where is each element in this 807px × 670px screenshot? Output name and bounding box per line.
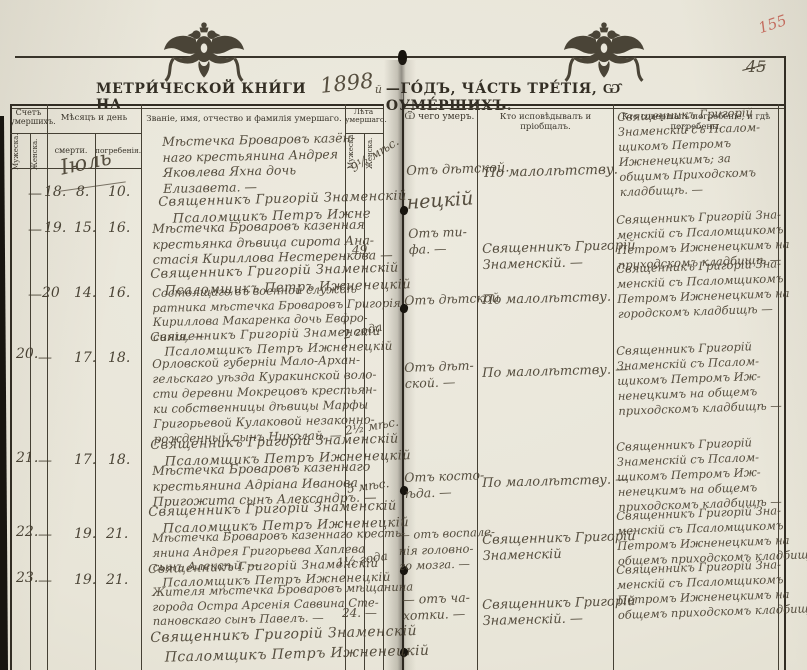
entry-burial-day: 10. <box>108 184 130 200</box>
entry-cause: Отъ косто-ѣда. — <box>404 467 485 501</box>
header-cause: Ѿ чего умеръ. <box>403 112 476 122</box>
entry-dash: — <box>28 287 42 303</box>
entry-confessor: Священникъ ГригорійЗнаменскій. — <box>482 238 636 273</box>
table-top-border-left <box>10 104 383 106</box>
header-count-group: Счетъумершихъ. <box>10 109 47 127</box>
header-count-male: Мужеска. <box>13 136 21 170</box>
entry-count: 22. <box>16 524 38 540</box>
entry-count: 23. <box>16 570 38 586</box>
entry-dash: — <box>28 186 42 202</box>
entry-death-day: 19. <box>74 572 96 588</box>
entry-death-day: 14. <box>74 285 96 301</box>
entry-burial-day: 18. <box>108 350 130 366</box>
entry-count: 19. <box>44 220 66 236</box>
entry-confessor: По малолѣтству. — <box>482 472 628 491</box>
entry-burial-day: 21. <box>106 526 128 542</box>
table-top-border-left-inner <box>10 108 383 109</box>
entry-death-day: 17. <box>74 452 96 468</box>
entry-burial: Священникъ ГригорійЗнаменскій съ Псалом-… <box>617 105 762 200</box>
entry-cause: Отъ дѣт-ской. — <box>404 358 474 391</box>
col-line-male-female <box>30 133 31 670</box>
entry-cause: — отъ ча-хотки. — <box>402 590 471 623</box>
header-age-group: Лѣтаумершаго. <box>345 108 382 125</box>
entry-dash: — <box>38 350 52 366</box>
col-line-cause-end <box>477 104 478 670</box>
entry-confessor: Священникъ ГригорійЗнаменскій <box>482 529 636 564</box>
entry-burial-day: 16. <box>108 220 130 236</box>
header-name: Званіе, имя, отчество и фамилія умершаго… <box>144 115 344 125</box>
entry-confessor: По малолѣтству. <box>484 162 618 181</box>
entry-name: Мѣстечка Броваровъ казён-наго крестьянин… <box>162 130 356 196</box>
entry-death-day: 17. <box>74 350 96 366</box>
entry-burial-day: 18. <box>108 452 130 468</box>
entry-burial: Священникъ ГригорійЗнаменскій съ Псалом-… <box>616 434 782 515</box>
header-date-group: Мѣсяцъ и день <box>48 114 140 124</box>
left-page-border <box>10 104 12 670</box>
entry-count: 20. <box>16 346 38 362</box>
entry-age: 49. <box>352 243 371 257</box>
group-underline-count-date <box>10 133 141 134</box>
leaf-number: 155 <box>756 11 789 37</box>
entry-death-day: 8. <box>76 184 89 200</box>
entry-burial: Священникъ Григорій Зна-менскій съ Псало… <box>616 556 807 623</box>
entry-dash: — <box>38 527 52 543</box>
entry-dash: — <box>38 453 52 469</box>
entry-burial: Священникъ Григорій Зна-менскій съ Псало… <box>616 256 790 322</box>
col-line-date-end <box>141 104 142 670</box>
entry-dash: — <box>28 222 42 238</box>
col-line-death-burial <box>95 133 96 670</box>
entry-cause: Отъ ти-фа. — <box>408 224 468 257</box>
header-count-female: Женска. <box>32 136 40 170</box>
entry-count: 20 <box>42 285 60 301</box>
entry-death-day: 19. <box>74 526 96 542</box>
entry-clergy: Священникъ Григорій ЗнаменскійПсаломщикъ… <box>150 621 430 668</box>
gutter-overflow-text: нецкій <box>406 187 474 214</box>
entry-confessor: По малолѣтству. <box>482 290 611 309</box>
title-year-handwritten: 1898 <box>319 68 375 97</box>
metrical-book-scan: 155 45 МЕТРИ́ЧЕСКОЙ КНИ́ГИ НА 1898 й —ГО… <box>0 0 807 670</box>
col-line-confessor-end <box>613 104 614 670</box>
entry-dash: — <box>38 573 52 589</box>
entry-count: 21. <box>16 450 38 466</box>
entry-count: 18. <box>44 184 66 200</box>
entry-burial: Священникъ ГригорійЗнаменскій съ Псалом-… <box>616 338 782 419</box>
header-confessor: Кто исповѣдывалъ и пріобщалъ. <box>479 113 612 132</box>
title-year-suffix: й <box>375 83 382 96</box>
entry-burial-day: 21. <box>106 572 128 588</box>
entry-burial-day: 16. <box>108 285 130 301</box>
entry-confessor: Священникъ ГригорійЗнаменскій. — <box>482 594 636 629</box>
scan-edge <box>0 116 8 670</box>
entry-confessor: По малолѣтству. — <box>482 362 628 381</box>
entry-age: 24. — <box>342 606 377 620</box>
entry-death-day: 15. <box>74 220 96 236</box>
